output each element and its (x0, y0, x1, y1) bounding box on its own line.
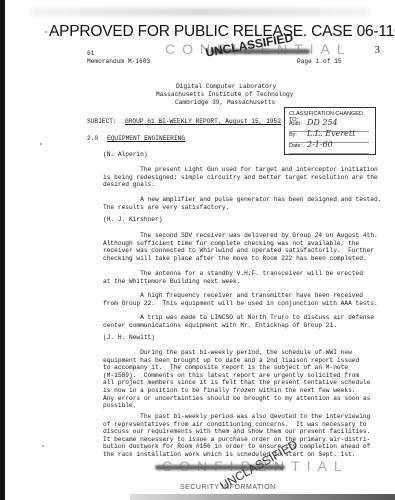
subject-label: SUBJECT: (87, 118, 117, 126)
scan-top-shadow (30, 8, 370, 16)
page-of: Page 1 of 15 (297, 58, 342, 66)
by-value: L.L. Everett (307, 129, 355, 138)
org-line-2: Massachusetts Institute of Technology (156, 91, 293, 99)
auth-value: DD 254 (307, 118, 338, 127)
paragraph-hf-receiver: A high frequency receiver and transmitte… (103, 292, 388, 307)
subject-value: GROUP 61 BI-WEEKLY REPORT, August 15, 19… (125, 118, 281, 126)
paragraph-light-gun: The present Light Gun used for target an… (103, 166, 388, 189)
paragraph-sdv-receiver: The second SDV receiver was delivered by… (103, 232, 388, 262)
paragraph-amplifier: A new amplifier and pulse generator has … (103, 196, 388, 211)
scan-bottom-shadow (130, 494, 395, 500)
paragraph-air-conditioning: The past bi-weekly period was also devot… (103, 413, 388, 459)
author-kirshner: (H. J. Kirshner) (103, 216, 162, 224)
section-title: EQUIPMENT ENGINEERING (107, 135, 185, 143)
auth-label: Auth: (289, 121, 302, 127)
scan-speck (45, 31, 47, 33)
by-label: By: (289, 132, 297, 138)
paragraph-lincso-trip: A trip was made to LINCSO at North Truro… (103, 314, 388, 329)
security-information-label: SECURITY INFORMATION (180, 484, 276, 491)
author-newitt: (J. H. Newitt) (103, 334, 155, 342)
paragraph-antenna: The antenna for a standby V.H.F. transce… (103, 270, 388, 285)
memo-number: Memorandum M-1603 (87, 58, 150, 66)
scan-speck (42, 445, 44, 447)
approved-release-stamp: APPROVED FOR PUBLIC RELEASE. CASE 06-110… (49, 23, 395, 41)
org-line-3: Cambridge 39, Massachusetts (175, 99, 275, 107)
classification-changed-box: CLASSIFICATION CHANGED TO: Auth:DD 254 B… (284, 107, 376, 155)
section-number: 2.0 (87, 135, 98, 143)
date-value: 2-1-60 (307, 140, 333, 149)
org-line-1: Digital Computer Laboratory (176, 83, 276, 91)
paragraph-wwi-schedule: During the past bi-weekly period, the sc… (103, 349, 388, 410)
date-label: Date: (289, 143, 302, 149)
author-alperin: (N. Alperin) (103, 151, 148, 159)
scan-speck (40, 143, 42, 145)
group-number: 61 (87, 50, 94, 58)
scan-left-border (0, 0, 5, 500)
page-number: 3 (375, 44, 381, 56)
